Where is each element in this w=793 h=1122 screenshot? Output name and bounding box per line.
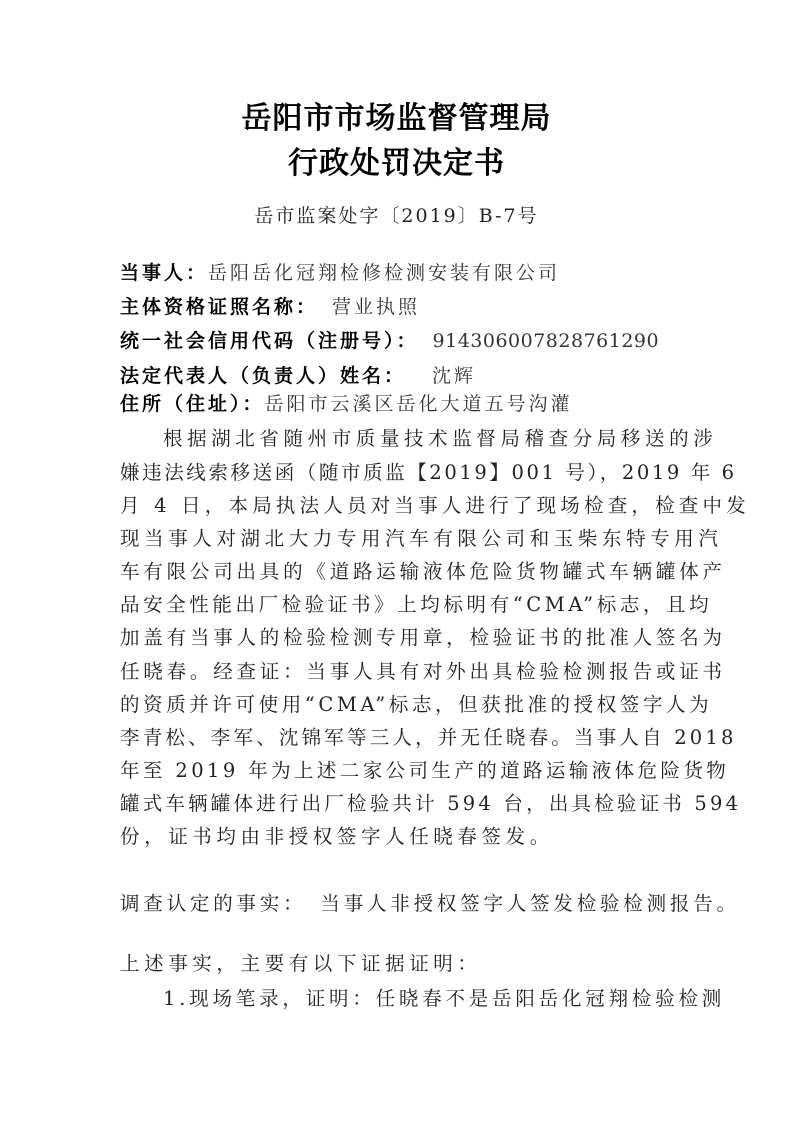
credit-code-row: 统一社会信用代码（注册号）：914306007828761290 bbox=[120, 326, 659, 353]
legal-rep-row: 法定代表人（负责人）姓名：沈辉 bbox=[120, 361, 476, 388]
paragraph-line: 李青松、李军、沈锦军等三人，并无任晓春。当事人自 2018 bbox=[120, 722, 672, 750]
legal-rep-value: 沈辉 bbox=[432, 365, 476, 387]
paragraph-line: 月 4 日，本局执法人员对当事人进行了现场检查，检查中发 bbox=[120, 490, 672, 518]
party-name-row: 当事人：岳阳岳化冠翔检修检测安装有限公司 bbox=[120, 258, 560, 285]
document-title-type: 行政处罚决定书 bbox=[0, 138, 793, 182]
license-name-row: 主体资格证照名称：营业执照 bbox=[120, 292, 420, 319]
evidence-item: 1.现场笔录，证明：任晓春不是岳阳岳化冠翔检验检测 bbox=[163, 983, 672, 1011]
address-label: 住所（住址）： bbox=[120, 393, 265, 415]
finding-label: 调查认定的事实： bbox=[120, 892, 306, 915]
paragraph-line: 现当事人对湖北大力专用汽车有限公司和玉柴东特专用汽 bbox=[120, 523, 672, 551]
address-value: 岳阳市云溪区岳化大道五号沟灌 bbox=[265, 393, 573, 415]
paragraph-line: 份，证书均由非授权签字人任晓春签发。 bbox=[120, 821, 672, 849]
license-name-label: 主体资格证照名称： bbox=[120, 296, 318, 318]
document-title-agency: 岳阳市市场监督管理局 bbox=[0, 93, 793, 137]
credit-code-value: 914306007828761290 bbox=[433, 330, 660, 352]
paragraph-line: 根据湖北省随州市质量技术监督局稽查分局移送的涉 bbox=[163, 423, 672, 451]
paragraph-line: 任晓春。经查证：当事人具有对外出具检验检测报告或证书 bbox=[120, 656, 672, 684]
address-row: 住所（住址）：岳阳市云溪区岳化大道五号沟灌 bbox=[120, 389, 573, 416]
paragraph-line: 嫌违法线索移送函（随市质监【2019】001 号），2019 年 6 bbox=[120, 457, 672, 485]
party-name-value: 岳阳岳化冠翔检修检测安装有限公司 bbox=[208, 262, 560, 284]
finding-value: 当事人非授权签字人签发检验检测报告。 bbox=[320, 892, 739, 915]
evidence-intro: 上述事实，主要有以下证据证明： bbox=[120, 948, 672, 976]
paragraph-line: 罐式车辆罐体进行出厂检验共计 594 台，出具检验证书 594 bbox=[120, 788, 672, 816]
paragraph-line: 年至 2019 年为上述二家公司生产的道路运输液体危险货物 bbox=[120, 755, 672, 783]
paragraph-line: 的资质并许可使用“CMA”标志，但获批准的授权签字人为 bbox=[120, 689, 672, 717]
credit-code-label: 统一社会信用代码（注册号）： bbox=[120, 330, 419, 352]
legal-rep-label: 法定代表人（负责人）姓名： bbox=[120, 365, 406, 387]
party-name-label: 当事人： bbox=[120, 262, 208, 284]
document-number: 岳市监案处字〔2019〕B-7号 bbox=[0, 201, 793, 228]
paragraph-line: 车有限公司出具的《道路运输液体危险货物罐式车辆罐体产 bbox=[120, 556, 672, 584]
paragraph-line: 加盖有当事人的检验检测专用章，检验证书的批准人签名为 bbox=[120, 622, 672, 650]
paragraph-line: 品安全性能出厂检验证书》上均标明有“CMA”标志，且均 bbox=[120, 589, 672, 617]
license-name-value: 营业执照 bbox=[332, 296, 420, 318]
finding-row: 调查认定的事实：当事人非授权签字人签发检验检测报告。 bbox=[120, 888, 672, 916]
